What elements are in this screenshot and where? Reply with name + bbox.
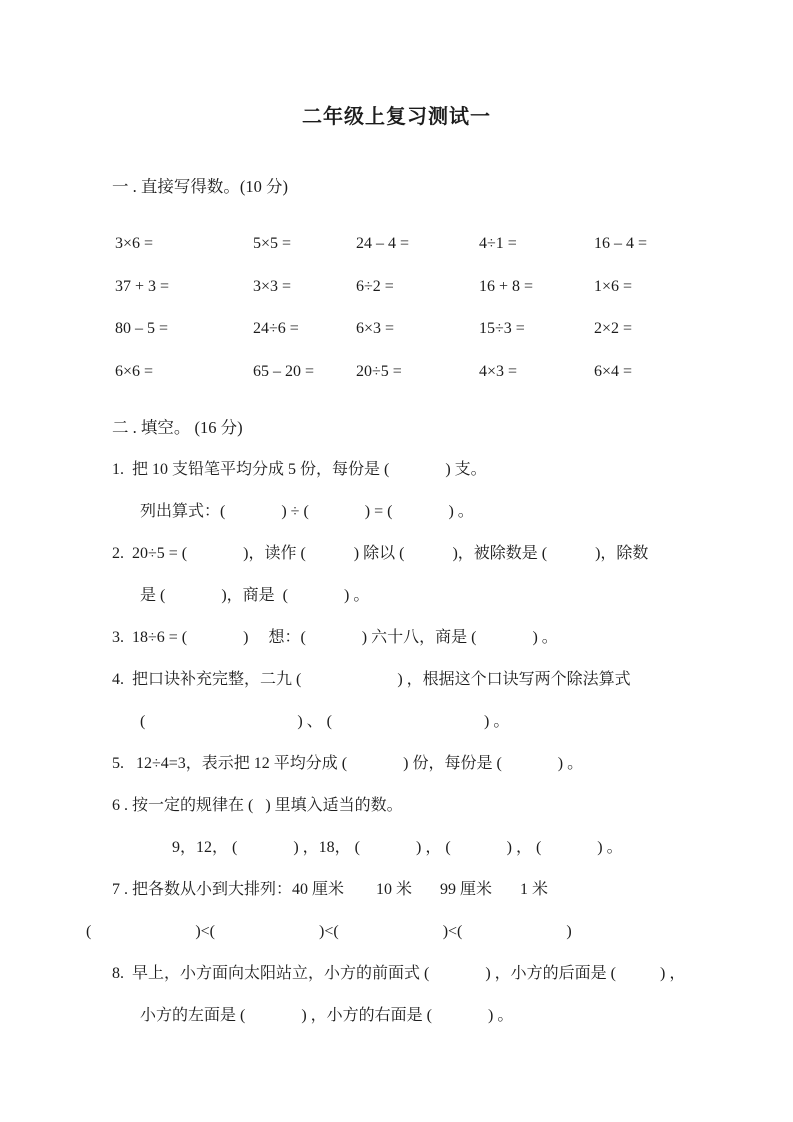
section2-heading: 二 . 填空。 (16 分) [0, 407, 793, 449]
math-problem: 5×5 = [253, 235, 356, 253]
fill-in-blanks-section: 二 . 填空。 (16 分) 1. 把 10 支铅笔平均分成 5 份，每份是 (… [0, 407, 793, 1037]
question-4-line-2: ( ) 、 ( ) 。 [0, 701, 793, 743]
arithmetic-problems-grid: 3×6 = 5×5 = 24 – 4 = 4÷1 = 16 – 4 = 37 +… [115, 223, 793, 393]
question-8-line-1: 8. 早上，小方面向太阳站立，小方的前面式 ( ) ，小方的后面是 ( ) ， [0, 953, 793, 995]
question-1-line-1: 1. 把 10 支铅笔平均分成 5 份，每份是 ( ) 支。 [0, 449, 793, 491]
math-problem: 2×2 = [594, 320, 793, 338]
question-5-line-1: 5. 12÷4=3，表示把 12 平均分成 ( ) 份，每份是 ( ) 。 [0, 743, 793, 785]
math-problem: 37 + 3 = [115, 278, 253, 296]
math-problem: 4÷1 = [479, 235, 594, 253]
question-6-line-2: 9，12， ( ) ，18， ( ) ， ( ) ， ( ) 。 [0, 827, 793, 869]
question-3-line-1: 3. 18÷6 = ( ) 想：( ) 六十八，商是 ( ) 。 [0, 617, 793, 659]
math-problem: 20÷5 = [356, 363, 479, 381]
worksheet-page: 二年级上复习测试一 一 . 直接写得数。(10 分) 3×6 = 5×5 = 2… [0, 0, 793, 1122]
question-2-line-1: 2. 20÷5 = ( )，读作 ( ) 除以 ( )，被除数是 ( )，除数 [0, 533, 793, 575]
math-problem: 6÷2 = [356, 278, 479, 296]
math-problem: 3×3 = [253, 278, 356, 296]
math-problem: 4×3 = [479, 363, 594, 381]
math-problem: 24÷6 = [253, 320, 356, 338]
question-6-line-1: 6 . 按一定的规律在 ( ) 里填入适当的数。 [0, 785, 793, 827]
math-problem: 3×6 = [115, 235, 253, 253]
math-problem: 16 – 4 = [594, 235, 793, 253]
section1-heading: 一 . 直接写得数。(10 分) [112, 173, 793, 197]
page-title: 二年级上复习测试一 [0, 100, 793, 129]
question-8-line-2: 小方的左面是 ( ) ，小方的右面是 ( ) 。 [0, 995, 793, 1037]
math-problem: 65 – 20 = [253, 363, 356, 381]
math-problem: 6×3 = [356, 320, 479, 338]
question-2-line-2: 是 ( )，商是 ( ) 。 [0, 575, 793, 617]
math-problem: 16 + 8 = [479, 278, 594, 296]
question-7-line-1: 7 . 把各数从小到大排列：40 厘米 10 米 99 厘米 1 米 [0, 869, 793, 911]
question-7-line-2: ( )<( )<( )<( ) [0, 911, 793, 953]
question-4-line-1: 4. 把口诀补充完整，二九 ( ) ，根据这个口诀写两个除法算式 [0, 659, 793, 701]
math-problem: 80 – 5 = [115, 320, 253, 338]
math-problem: 1×6 = [594, 278, 793, 296]
math-problem: 24 – 4 = [356, 235, 479, 253]
math-problem: 6×6 = [115, 363, 253, 381]
question-1-line-2: 列出算式：( ) ÷ ( ) = ( ) 。 [0, 491, 793, 533]
math-problem: 15÷3 = [479, 320, 594, 338]
math-problem: 6×4 = [594, 363, 793, 381]
